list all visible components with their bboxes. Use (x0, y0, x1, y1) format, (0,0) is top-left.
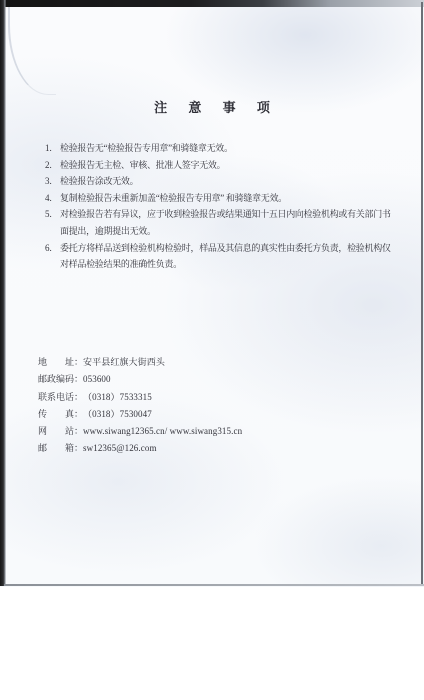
note-number: 5. (45, 206, 60, 239)
note-number: 6. (45, 240, 60, 273)
contact-row-postcode: 邮政编码： 053600 (38, 371, 368, 388)
scan-edge-right (421, 2, 423, 585)
contact-row-phone: 联系电话： （0318）7533315 (38, 389, 368, 406)
note-text: 检验报告涂改无效。 (60, 173, 399, 190)
paper-crease (8, 4, 56, 95)
paper-sheet: 注 意 事 项 1. 检验报告无“检验报告专用章”和骑缝章无效。 2. 检验报告… (0, 0, 424, 587)
note-item: 3. 检验报告涂改无效。 (45, 173, 399, 190)
note-item: 1. 检验报告无“检验报告专用章”和骑缝章无效。 (45, 140, 399, 157)
note-number: 1. (45, 140, 60, 157)
contact-value: （0318）7533315 (83, 389, 152, 406)
contact-label: 邮政编码： (38, 371, 83, 388)
note-item: 4. 复制检验报告未重新加盖“检验报告专用章” 和骑缝章无效。 (45, 190, 399, 207)
note-item: 2. 检验报告无主检、审核、批准人签字无效。 (45, 157, 399, 174)
contact-label: 联系电话： (38, 389, 83, 406)
contact-row-website: 网 站： www.siwang12365.cn/ www.siwang315.c… (38, 423, 368, 440)
note-item: 5. 对检验报告若有异议，应于收到检验报告或结果通知十五日内向检验机构或有关部门… (45, 206, 399, 239)
notice-list: 1. 检验报告无“检验报告专用章”和骑缝章无效。 2. 检验报告无主检、审核、批… (45, 140, 399, 273)
note-text: 对检验报告若有异议，应于收到检验报告或结果通知十五日内向检验机构或有关部门书面提… (60, 206, 399, 239)
contact-block: 地 址： 安平县红旗大街西头 邮政编码： 053600 联系电话： （0318）… (38, 354, 368, 458)
contact-row-email: 邮 箱： sw12365@126.com (38, 440, 368, 457)
page-title: 注 意 事 项 (0, 97, 424, 116)
contact-value: www.siwang12365.cn/ www.siwang315.cn (83, 423, 242, 440)
note-number: 2. (45, 157, 60, 174)
contact-row-address: 地 址： 安平县红旗大街西头 (38, 354, 368, 371)
contact-row-fax: 传 真： （0318）7530047 (38, 406, 368, 423)
contact-value: （0318）7530047 (83, 406, 152, 423)
contact-label: 网 站： (38, 423, 83, 440)
contact-value: sw12365@126.com (83, 440, 157, 457)
note-text: 委托方将样品送到检验机构检验时，样品及其信息的真实性由委托方负责，检验机构仅对样… (60, 240, 399, 273)
scanned-document-page: 注 意 事 项 1. 检验报告无“检验报告专用章”和骑缝章无效。 2. 检验报告… (0, 0, 424, 700)
contact-value: 安平县红旗大街西头 (83, 354, 165, 371)
note-number: 3. (45, 173, 60, 190)
note-text: 检验报告无主检、审核、批准人签字无效。 (60, 157, 399, 174)
note-text: 复制检验报告未重新加盖“检验报告专用章” 和骑缝章无效。 (60, 190, 399, 207)
note-number: 4. (45, 190, 60, 207)
note-item: 6. 委托方将样品送到检验机构检验时，样品及其信息的真实性由委托方负责，检验机构… (45, 240, 399, 273)
contact-label: 传 真： (38, 406, 83, 423)
contact-label: 地 址： (38, 354, 83, 371)
note-text: 检验报告无“检验报告专用章”和骑缝章无效。 (60, 140, 399, 157)
scan-edge-top (0, 0, 424, 7)
scan-edge-bottom (4, 584, 424, 586)
contact-label: 邮 箱： (38, 440, 83, 457)
contact-value: 053600 (83, 371, 111, 388)
scan-edge-left (0, 0, 6, 586)
